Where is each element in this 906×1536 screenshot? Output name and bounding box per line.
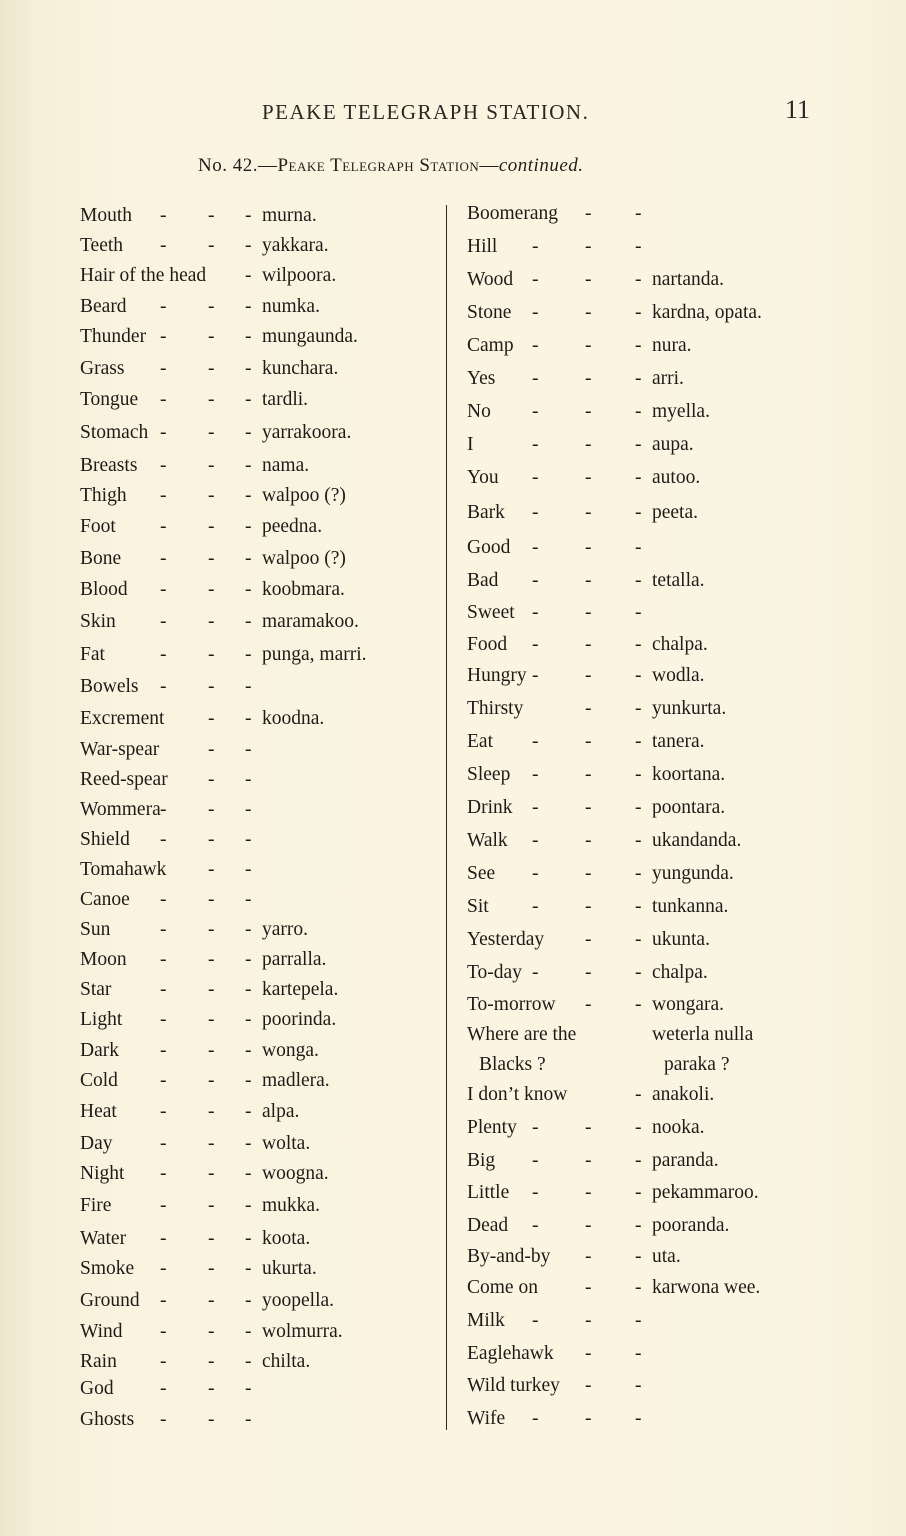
leader-dash: -	[160, 389, 167, 411]
leader-dash: -	[245, 548, 252, 570]
leader-dash: -	[585, 1310, 592, 1332]
leader-dash: -	[208, 1409, 215, 1431]
leader-dash: -	[245, 1040, 252, 1062]
aboriginal-word: madlera.	[262, 1070, 330, 1092]
leader-dash: -	[532, 502, 539, 524]
leader-dash: -	[635, 731, 642, 753]
english-word: Foot	[80, 516, 116, 538]
leader-dash: -	[245, 769, 252, 791]
leader-dash: -	[245, 1321, 252, 1343]
leader-dash: -	[585, 1150, 592, 1172]
aboriginal-word: yarro.	[262, 919, 308, 941]
leader-dash: -	[635, 1343, 642, 1365]
leader-dash: -	[585, 634, 592, 656]
leader-dash: -	[160, 548, 167, 570]
english-word: War-spear	[80, 739, 159, 761]
aboriginal-word: koobmara.	[262, 579, 345, 601]
english-word: Plenty	[467, 1117, 517, 1139]
english-word: Eaglehawk	[467, 1343, 554, 1365]
leader-dash: -	[585, 537, 592, 559]
subtitle-prefix: No. 42.—	[198, 155, 277, 176]
leader-dash: -	[245, 422, 252, 444]
leader-dash: -	[585, 302, 592, 324]
english-word: Wind	[80, 1321, 123, 1343]
aboriginal-word: ukandanda.	[652, 830, 741, 852]
leader-dash: -	[635, 1408, 642, 1430]
leader-dash: -	[585, 1215, 592, 1237]
leader-dash: -	[160, 1040, 167, 1062]
leader-dash: -	[245, 859, 252, 881]
leader-dash: -	[635, 1277, 642, 1299]
leader-dash: -	[532, 665, 539, 687]
leader-dash: -	[245, 644, 252, 666]
english-word: Sit	[467, 896, 489, 918]
leader-dash: -	[532, 1310, 539, 1332]
aboriginal-word: tetalla.	[652, 570, 705, 592]
leader-dash: -	[635, 570, 642, 592]
english-word: I don’t know	[467, 1084, 567, 1106]
leader-dash: -	[208, 829, 215, 851]
leader-dash: -	[160, 485, 167, 507]
english-word: Hair of the head	[80, 265, 206, 287]
leader-dash: -	[635, 502, 642, 524]
english-word: Tongue	[80, 389, 138, 411]
leader-dash: -	[635, 1215, 642, 1237]
english-word: Fire	[80, 1195, 111, 1217]
english-word: Stone	[467, 302, 511, 324]
leader-dash: -	[160, 611, 167, 633]
english-word: Canoe	[80, 889, 130, 911]
leader-dash: -	[585, 830, 592, 852]
leader-dash: -	[208, 919, 215, 941]
leader-dash: -	[585, 203, 592, 225]
leader-dash: -	[635, 368, 642, 390]
aboriginal-word: paranda.	[652, 1150, 719, 1172]
leader-dash: -	[208, 358, 215, 380]
leader-dash: -	[585, 994, 592, 1016]
leader-dash: -	[585, 896, 592, 918]
english-word: Skin	[80, 611, 116, 633]
leader-dash: -	[245, 1351, 252, 1373]
leader-dash: -	[245, 579, 252, 601]
aboriginal-word: walpoo (?)	[262, 548, 346, 570]
english-word: Blood	[80, 579, 128, 601]
leader-dash: -	[245, 739, 252, 761]
leader-dash: -	[208, 296, 215, 318]
aboriginal-word: wolmurra.	[262, 1321, 343, 1343]
leader-dash: -	[160, 1258, 167, 1280]
english-word: Boomerang	[467, 203, 558, 225]
aboriginal-word: karwona wee.	[652, 1277, 760, 1299]
leader-dash: -	[635, 797, 642, 819]
leader-dash: -	[585, 1375, 592, 1397]
leader-dash: -	[245, 1009, 252, 1031]
leader-dash: -	[532, 368, 539, 390]
english-word: To-day	[467, 962, 522, 984]
english-word: Rain	[80, 1351, 117, 1373]
leader-dash: -	[585, 731, 592, 753]
leader-dash: -	[585, 1117, 592, 1139]
subtitle-continued: continued.	[499, 155, 584, 176]
aboriginal-word: yarrakoora.	[262, 422, 351, 444]
leader-dash: -	[160, 676, 167, 698]
leader-dash: -	[532, 236, 539, 258]
leader-dash: -	[160, 1290, 167, 1312]
english-word: Ground	[80, 1290, 140, 1312]
leader-dash: -	[532, 1150, 539, 1172]
english-word: Night	[80, 1163, 124, 1185]
leader-dash: -	[245, 1409, 252, 1431]
leader-dash: -	[532, 1182, 539, 1204]
english-word: Milk	[467, 1310, 505, 1332]
leader-dash: -	[245, 1070, 252, 1092]
leader-dash: -	[635, 203, 642, 225]
leader-dash: -	[532, 335, 539, 357]
leader-dash: -	[208, 611, 215, 633]
aboriginal-word: punga, marri.	[262, 644, 367, 666]
leader-dash: -	[208, 859, 215, 881]
leader-dash: -	[635, 1246, 642, 1268]
leader-dash: -	[245, 516, 252, 538]
leader-dash: -	[245, 326, 252, 348]
leader-dash: -	[208, 1290, 215, 1312]
english-word: Little	[467, 1182, 509, 1204]
english-word: Hill	[467, 236, 497, 258]
leader-dash: -	[532, 467, 539, 489]
leader-dash: -	[245, 1228, 252, 1250]
leader-dash: -	[208, 1040, 215, 1062]
leader-dash: -	[635, 1182, 642, 1204]
english-word: Dead	[467, 1215, 508, 1237]
leader-dash: -	[160, 1070, 167, 1092]
leader-dash: -	[245, 1163, 252, 1185]
leader-dash: -	[635, 698, 642, 720]
leader-dash: -	[532, 863, 539, 885]
leader-dash: -	[208, 889, 215, 911]
leader-dash: -	[245, 676, 252, 698]
leader-dash: -	[585, 1182, 592, 1204]
leader-dash: -	[208, 1378, 215, 1400]
aboriginal-word: wilpoora.	[262, 265, 336, 287]
english-word: Ghosts	[80, 1409, 134, 1431]
aboriginal-word: peeta.	[652, 502, 698, 524]
aboriginal-word: tanera.	[652, 731, 705, 753]
leader-dash: -	[532, 269, 539, 291]
leader-dash: -	[245, 1133, 252, 1155]
english-word: By-and-by	[467, 1246, 550, 1268]
leader-dash: -	[245, 296, 252, 318]
leader-dash: -	[160, 979, 167, 1001]
leader-dash: -	[532, 731, 539, 753]
aboriginal-word: mungaunda.	[262, 326, 358, 348]
leader-dash: -	[532, 634, 539, 656]
leader-dash: -	[208, 548, 215, 570]
leader-dash: -	[160, 1163, 167, 1185]
english-word: To-morrow	[467, 994, 556, 1016]
aboriginal-word: chalpa.	[652, 962, 708, 984]
leader-dash: -	[532, 797, 539, 819]
leader-dash: -	[160, 455, 167, 477]
english-word: Moon	[80, 949, 127, 971]
english-word: God	[80, 1378, 114, 1400]
leader-dash: -	[208, 1070, 215, 1092]
english-word: Thigh	[80, 485, 127, 507]
leader-dash: -	[585, 335, 592, 357]
aboriginal-word: parralla.	[262, 949, 326, 971]
english-word: Thunder	[80, 326, 146, 348]
leader-dash: -	[635, 994, 642, 1016]
aboriginal-word: koodna.	[262, 708, 324, 730]
english-word: Wommera	[80, 799, 161, 821]
leader-dash: -	[585, 863, 592, 885]
aboriginal-word: walpoo (?)	[262, 485, 346, 507]
leader-dash: -	[245, 611, 252, 633]
english-word: Good	[467, 537, 510, 559]
aboriginal-word: nooka.	[652, 1117, 705, 1139]
aboriginal-word: nama.	[262, 455, 309, 477]
leader-dash: -	[585, 1277, 592, 1299]
leader-dash: -	[160, 358, 167, 380]
english-word: Bark	[467, 502, 505, 524]
leader-dash: -	[160, 579, 167, 601]
leader-dash: -	[635, 401, 642, 423]
english-word: You	[467, 467, 499, 489]
aboriginal-word: woogna.	[262, 1163, 329, 1185]
leader-dash: -	[245, 389, 252, 411]
aboriginal-word: autoo.	[652, 467, 700, 489]
leader-dash: -	[160, 1133, 167, 1155]
english-word: Bone	[80, 548, 121, 570]
subtitle-main: Peake Telegraph Station	[277, 155, 479, 176]
leader-dash: -	[245, 889, 252, 911]
leader-dash: -	[245, 1195, 252, 1217]
leader-dash: -	[635, 269, 642, 291]
leader-dash: -	[208, 1195, 215, 1217]
english-word: Cold	[80, 1070, 118, 1092]
aboriginal-word: pooranda.	[652, 1215, 729, 1237]
aboriginal-word: tunkanna.	[652, 896, 728, 918]
aboriginal-word: nura.	[652, 335, 692, 357]
leader-dash: -	[208, 1101, 215, 1123]
aboriginal-word: numka.	[262, 296, 320, 318]
leader-dash: -	[160, 1101, 167, 1123]
english-word: Stomach	[80, 422, 148, 444]
english-word: Wild turkey	[467, 1375, 560, 1397]
leader-dash: -	[245, 455, 252, 477]
leader-dash: -	[208, 389, 215, 411]
english-word: Tomahawk	[80, 859, 166, 881]
leader-dash: -	[160, 949, 167, 971]
leader-dash: -	[245, 485, 252, 507]
english-word: Big	[467, 1150, 495, 1172]
leader-dash: -	[160, 1009, 167, 1031]
leader-dash: -	[635, 830, 642, 852]
leader-dash: -	[532, 1117, 539, 1139]
leader-dash: -	[585, 401, 592, 423]
leader-dash: -	[208, 1321, 215, 1343]
leader-dash: -	[532, 570, 539, 592]
leader-dash: -	[245, 708, 252, 730]
leader-dash: -	[245, 919, 252, 941]
english-word: Day	[80, 1133, 113, 1155]
english-word: Shield	[80, 829, 130, 851]
leader-dash: -	[208, 485, 215, 507]
leader-dash: -	[208, 579, 215, 601]
table-subtitle: No. 42.—Peake Telegraph Station—continue…	[198, 155, 584, 177]
leader-dash: -	[635, 929, 642, 951]
english-word: Wood	[467, 269, 513, 291]
leader-dash: -	[532, 962, 539, 984]
english-word: Eat	[467, 731, 493, 753]
english-word: Beard	[80, 296, 127, 318]
english-word: Light	[80, 1009, 122, 1031]
leader-dash: -	[208, 708, 215, 730]
leader-dash: -	[208, 1133, 215, 1155]
leader-dash: -	[245, 265, 252, 287]
aboriginal-word: ukurta.	[262, 1258, 317, 1280]
leader-dash: -	[585, 665, 592, 687]
leader-dash: -	[532, 1408, 539, 1430]
leader-dash: -	[245, 799, 252, 821]
english-word: Yesterday	[467, 929, 544, 951]
aboriginal-word: poorinda.	[262, 1009, 336, 1031]
aboriginal-word: maramakoo.	[262, 611, 359, 633]
leader-dash: -	[635, 962, 642, 984]
leader-dash: -	[635, 1117, 642, 1139]
aboriginal-word: tardli.	[262, 389, 308, 411]
aboriginal-word: aupa.	[652, 434, 694, 456]
leader-dash: -	[208, 516, 215, 538]
english-word: Bad	[467, 570, 498, 592]
leader-dash: -	[160, 296, 167, 318]
leader-dash: -	[635, 634, 642, 656]
english-word: Teeth	[80, 235, 123, 257]
leader-dash: -	[585, 698, 592, 720]
aboriginal-word: mukka.	[262, 1195, 320, 1217]
english-word: Thirsty	[467, 698, 523, 720]
leader-dash: -	[208, 1258, 215, 1280]
aboriginal-word: kunchara.	[262, 358, 338, 380]
aboriginal-word: chilta.	[262, 1351, 310, 1373]
leader-dash: -	[208, 455, 215, 477]
leader-dash: -	[585, 502, 592, 524]
aboriginal-word: murna.	[262, 205, 317, 227]
subtitle-dash: —	[479, 155, 499, 176]
leader-dash: -	[585, 764, 592, 786]
leader-dash: -	[532, 1215, 539, 1237]
leader-dash: -	[532, 896, 539, 918]
leader-dash: -	[160, 1409, 167, 1431]
leader-dash: -	[160, 829, 167, 851]
aboriginal-word: yunkurta.	[652, 698, 726, 720]
english-word: Heat	[80, 1101, 117, 1123]
page-number: 11	[785, 95, 810, 125]
aboriginal-word: wolta.	[262, 1133, 310, 1155]
english-word: Smoke	[80, 1258, 134, 1280]
leader-dash: -	[585, 962, 592, 984]
leader-dash: -	[532, 434, 539, 456]
leader-dash: -	[245, 1290, 252, 1312]
leader-dash: -	[585, 929, 592, 951]
leader-dash: -	[208, 422, 215, 444]
aboriginal-word: pekammaroo.	[652, 1182, 759, 1204]
english-word: Star	[80, 979, 111, 1001]
leader-dash: -	[585, 602, 592, 624]
english-word: Hungry	[467, 665, 527, 687]
leader-dash: -	[532, 537, 539, 559]
leader-dash: -	[532, 602, 539, 624]
leader-dash: -	[585, 434, 592, 456]
leader-dash: -	[635, 302, 642, 324]
leader-dash: -	[160, 326, 167, 348]
leader-dash: -	[635, 1375, 642, 1397]
leader-dash: -	[245, 358, 252, 380]
english-word: Sleep	[467, 764, 510, 786]
leader-dash: -	[585, 467, 592, 489]
leader-dash: -	[245, 1378, 252, 1400]
leader-dash: -	[532, 302, 539, 324]
leader-dash: -	[245, 949, 252, 971]
english-word: See	[467, 863, 495, 885]
leader-dash: -	[208, 1351, 215, 1373]
english-word: Dark	[80, 1040, 119, 1062]
leader-dash: -	[245, 1258, 252, 1280]
leader-dash: -	[208, 205, 215, 227]
english-word: No	[467, 401, 491, 423]
leader-dash: -	[208, 979, 215, 1001]
english-word: Water	[80, 1228, 126, 1250]
english-word: Yes	[467, 368, 495, 390]
leader-dash: -	[585, 269, 592, 291]
leader-dash: -	[635, 434, 642, 456]
leader-dash: -	[208, 799, 215, 821]
leader-dash: -	[245, 235, 252, 257]
leader-dash: -	[160, 516, 167, 538]
leader-dash: -	[585, 1408, 592, 1430]
leader-dash: -	[635, 1310, 642, 1332]
leader-dash: -	[208, 235, 215, 257]
aboriginal-word: kardna, opata.	[652, 302, 762, 324]
leader-dash: -	[208, 739, 215, 761]
english-word: Drink	[467, 797, 513, 819]
english-word: Come on	[467, 1277, 538, 1299]
leader-dash: -	[160, 1228, 167, 1250]
column-divider	[446, 205, 447, 1430]
aboriginal-word: yungunda.	[652, 863, 734, 885]
aboriginal-word: weterla nulla	[652, 1024, 753, 1046]
aboriginal-word: alpa.	[262, 1101, 299, 1123]
aboriginal-word: chalpa.	[652, 634, 708, 656]
leader-dash: -	[208, 326, 215, 348]
english-word: Reed-spear	[80, 769, 168, 791]
leader-dash: -	[635, 467, 642, 489]
leader-dash: -	[635, 537, 642, 559]
leader-dash: -	[160, 889, 167, 911]
leader-dash: -	[208, 1009, 215, 1031]
english-word: Excrement	[80, 708, 164, 730]
aboriginal-word: peedna.	[262, 516, 322, 538]
leader-dash: -	[160, 919, 167, 941]
english-word: Grass	[80, 358, 124, 380]
aboriginal-word: poontara.	[652, 797, 725, 819]
leader-dash: -	[635, 1150, 642, 1172]
english-word: Sweet	[467, 602, 515, 624]
aboriginal-word: ukunta.	[652, 929, 710, 951]
leader-dash: -	[585, 570, 592, 592]
english-word: I	[467, 434, 474, 456]
english-word: Mouth	[80, 205, 132, 227]
aboriginal-word: paraka ?	[664, 1054, 730, 1076]
